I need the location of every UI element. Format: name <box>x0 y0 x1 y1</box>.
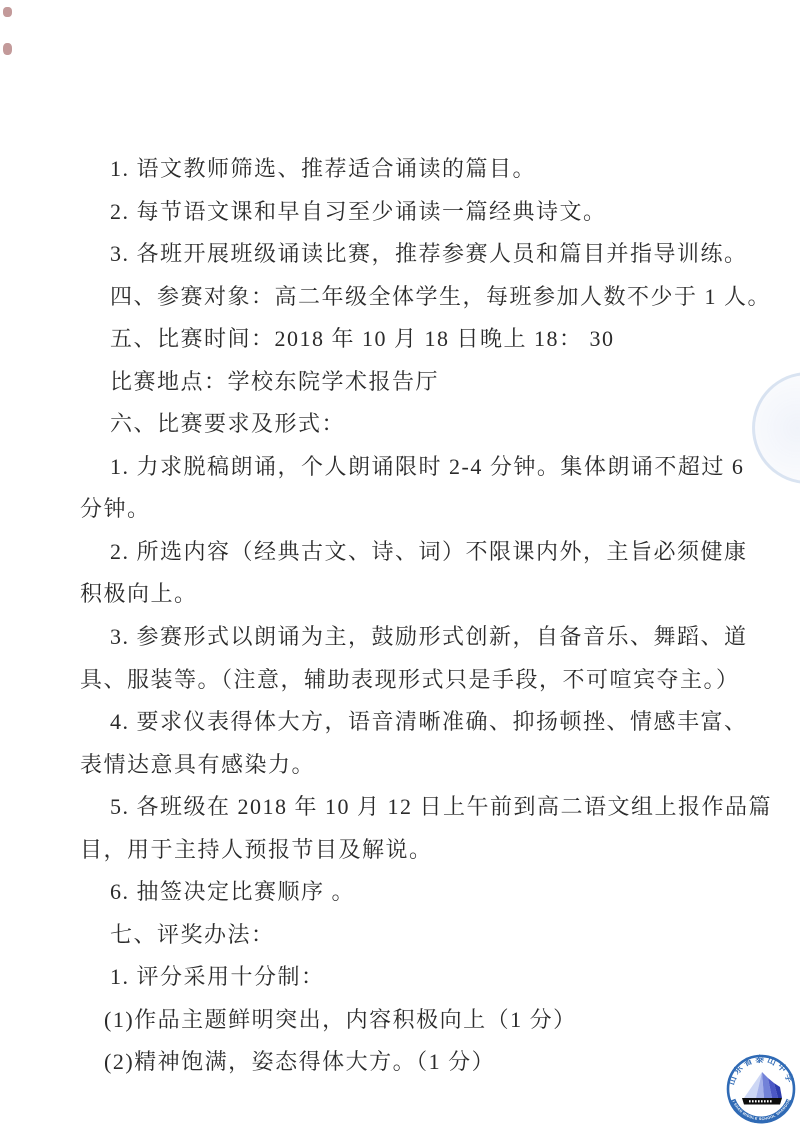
text-line: 1. 力求脱稿朗诵，个人朗诵限时 2-4 分钟。集体朗诵不超过 6 <box>80 446 735 489</box>
text-line: 积极向上。 <box>80 573 735 616</box>
document-page: 1. 语文教师筛选、推荐适合诵读的篇目。2. 每节语文课和早自习至少诵读一篇经典… <box>0 0 800 1132</box>
text-line: 6. 抽签决定比赛顺序 。 <box>80 871 735 914</box>
text-line: 1. 评分采用十分制： <box>80 956 735 999</box>
text-line: 3. 参赛形式以朗诵为主，鼓励形式创新，自备音乐、舞蹈、道 <box>80 616 735 659</box>
text-line: (2)精神饱满，姿态得体大方。（1 分） <box>80 1041 735 1084</box>
text-line: 2. 每节语文课和早自习至少诵读一篇经典诗文。 <box>80 191 735 234</box>
text-line: 3. 各班开展班级诵读比赛，推荐参赛人员和篇目并指导训练。 <box>80 233 735 276</box>
text-line: 七、评奖办法： <box>80 914 735 957</box>
text-line: 表情达意具有感染力。 <box>80 744 735 787</box>
text-line: 1. 语文教师筛选、推荐适合诵读的篇目。 <box>80 148 735 191</box>
school-badge-logo: TAI SHAN MIDDLE SCHOOL SHANDONG 山东省泰山中学 <box>721 1049 800 1129</box>
text-line: 目，用于主持人预报节目及解说。 <box>80 829 735 872</box>
text-line: 六、比赛要求及形式： <box>80 403 735 446</box>
text-line: 具、服装等。（注意，辅助表现形式只是手段，不可喧宾夺主。） <box>80 659 735 702</box>
text-line: 4. 要求仪表得体大方，语音清晰准确、抑扬顿挫、情感丰富、 <box>80 701 735 744</box>
text-line: 2. 所选内容（经典古文、诗、词）不限课内外，主旨必须健康 <box>80 531 735 574</box>
scan-artifact-mark <box>3 7 12 17</box>
text-line: 四、参赛对象：高二年级全体学生，每班参加人数不少于 1 人。 <box>80 276 735 319</box>
text-line: 分钟。 <box>80 488 735 531</box>
text-line: 五、比赛时间：2018 年 10 月 18 日晚上 18： 30 <box>80 318 735 361</box>
document-body: 1. 语文教师筛选、推荐适合诵读的篇目。2. 每节语文课和早自习至少诵读一篇经典… <box>80 148 735 1084</box>
text-line: 5. 各班级在 2018 年 10 月 12 日上午前到高二语文组上报作品篇 <box>80 786 735 829</box>
text-line: 比赛地点：学校东院学术报告厅 <box>80 361 735 404</box>
text-line: (1)作品主题鲜明突出，内容积极向上（1 分） <box>80 999 735 1042</box>
scan-artifact-mark <box>3 43 12 55</box>
faint-stamp-watermark <box>752 372 800 484</box>
